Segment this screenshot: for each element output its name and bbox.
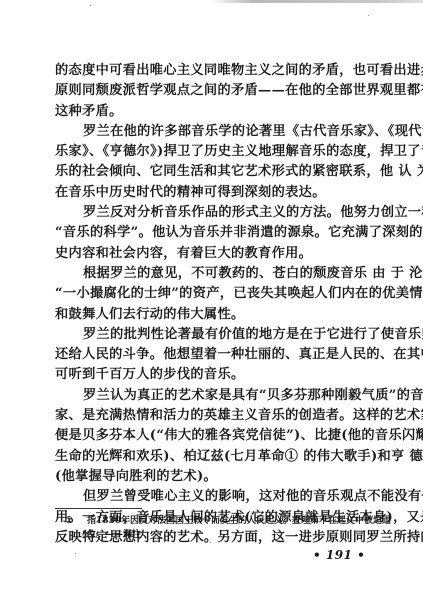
paragraph: 的态度中可看出唯心主义同唯物主义之间的矛盾，也可看出进步原则同颓废派哲学观点之间… [55, 61, 365, 122]
text-line: 乐家》、《亨德尔》)捍卫了历史主义地理解音乐的态度，捍卫了音 [55, 142, 365, 162]
paragraph: 罗兰的批判性论著最有价值的地方是在于它进行了使音乐归还给人民的斗争。他想望着一种… [55, 325, 365, 386]
text-line: 的态度中可看出唯心主义同唯物主义之间的矛盾，也可看出进步 [55, 61, 365, 81]
text-line: “一小撮腐化的士绅”的资产，已丧失其唤起人们内在的优美情操 [55, 284, 365, 304]
text-line: 这种矛盾。 [55, 102, 365, 122]
text-line: “音乐的科学”。他认为音乐并非消遣的源泉。它充满了深刻的历 [55, 223, 365, 243]
text-line: 罗兰认为真正的艺术家是具有“贝多芬那种刚毅气质”的音乐 [55, 386, 365, 406]
text-line: 但罗兰曾受唯心主义的影响，这对他的音乐观点不能没有作 [55, 487, 365, 507]
footnote-text-1: 指1830年因反对法国国王敕令而发生的人民起义。查理第十在起义中被迫退 [87, 516, 391, 526]
footnote-marker: ① [65, 514, 87, 528]
page-body: 的态度中可看出唯心主义同唯物主义之间的矛盾，也可看出进步原则同颓废派哲学观点之间… [55, 61, 365, 548]
footnote-line-1: ①指1830年因反对法国国王敕令而发生的人民起义。查理第十在起义中被迫退 [65, 514, 365, 528]
text-line: 罗兰的批判性论著最有价值的地方是在于它进行了使音乐归 [55, 325, 365, 345]
text-line: 可听到千百万人的步伐的音乐。 [55, 365, 365, 385]
text-line: 便是贝多芬本人(“伟大的雅各宾党信徒”)、比捷(他的音乐闪耀着 [55, 426, 365, 446]
text-line: 家、是充满热情和活力的英雄主义音乐的创造者。这样的艺术家 [55, 406, 365, 426]
paragraph: 罗兰在他的许多部音乐学的论著里《古代音乐家》、《现代音乐家》、《亨德尔》)捍卫了… [55, 122, 365, 203]
text-line: 原则同颓废派哲学观点之间的矛盾——在他的全部世界观里都有 [55, 81, 365, 101]
page-number: • 191 • [313, 548, 365, 562]
text-line: 根据罗兰的意见，不可教药的、苍白的颓废音乐 由 于 沦 为 [55, 264, 365, 284]
footnote: ①指1830年因反对法国国王敕令而发生的人民起义。查理第十在起义中被迫退 位。—… [65, 514, 365, 542]
footnote-divider [55, 508, 142, 509]
text-line: 乐的社会倾向、它同生活和其它艺术形式的紧密联系，他 认 为， [55, 162, 365, 182]
text-line: 史内容和社会内容，有着巨大的教育作用。 [55, 244, 365, 264]
text-line: 罗兰反对分析音乐作品的形式主义的方法。他努力创立一种 [55, 203, 365, 223]
text-line: 还给人民的斗争。他想望着一种壮丽的、真正是人民的、在其中 [55, 345, 365, 365]
paragraph: 罗兰认为真正的艺术家是具有“贝多芬那种刚毅气质”的音乐家、是充满热情和活力的英雄… [55, 386, 365, 487]
footnote-line-2: 位。——译注 [65, 528, 365, 542]
text-line: 罗兰在他的许多部音乐学的论著里《古代音乐家》、《现代音 [55, 122, 365, 142]
text-line: 和鼓舞人们去行动的伟大属性。 [55, 305, 365, 325]
paragraph: 罗兰反对分析音乐作品的形式主义的方法。他努力创立一种“音乐的科学”。他认为音乐并… [55, 203, 365, 264]
scan-edge-shadow [210, 0, 423, 3]
text-line: 生命的光辉和欢乐)、柏辽兹(七月革命① 的伟大歌手)和亨 德 尔 [55, 447, 365, 467]
text-line: (他掌握导向胜利的艺术)。 [55, 467, 365, 487]
text-line: 在音乐中历史时代的精神可得到深刻的表达。 [55, 183, 365, 203]
paragraph: 根据罗兰的意见，不可教药的、苍白的颓废音乐 由 于 沦 为“一小撮腐化的士绅”的… [55, 264, 365, 325]
